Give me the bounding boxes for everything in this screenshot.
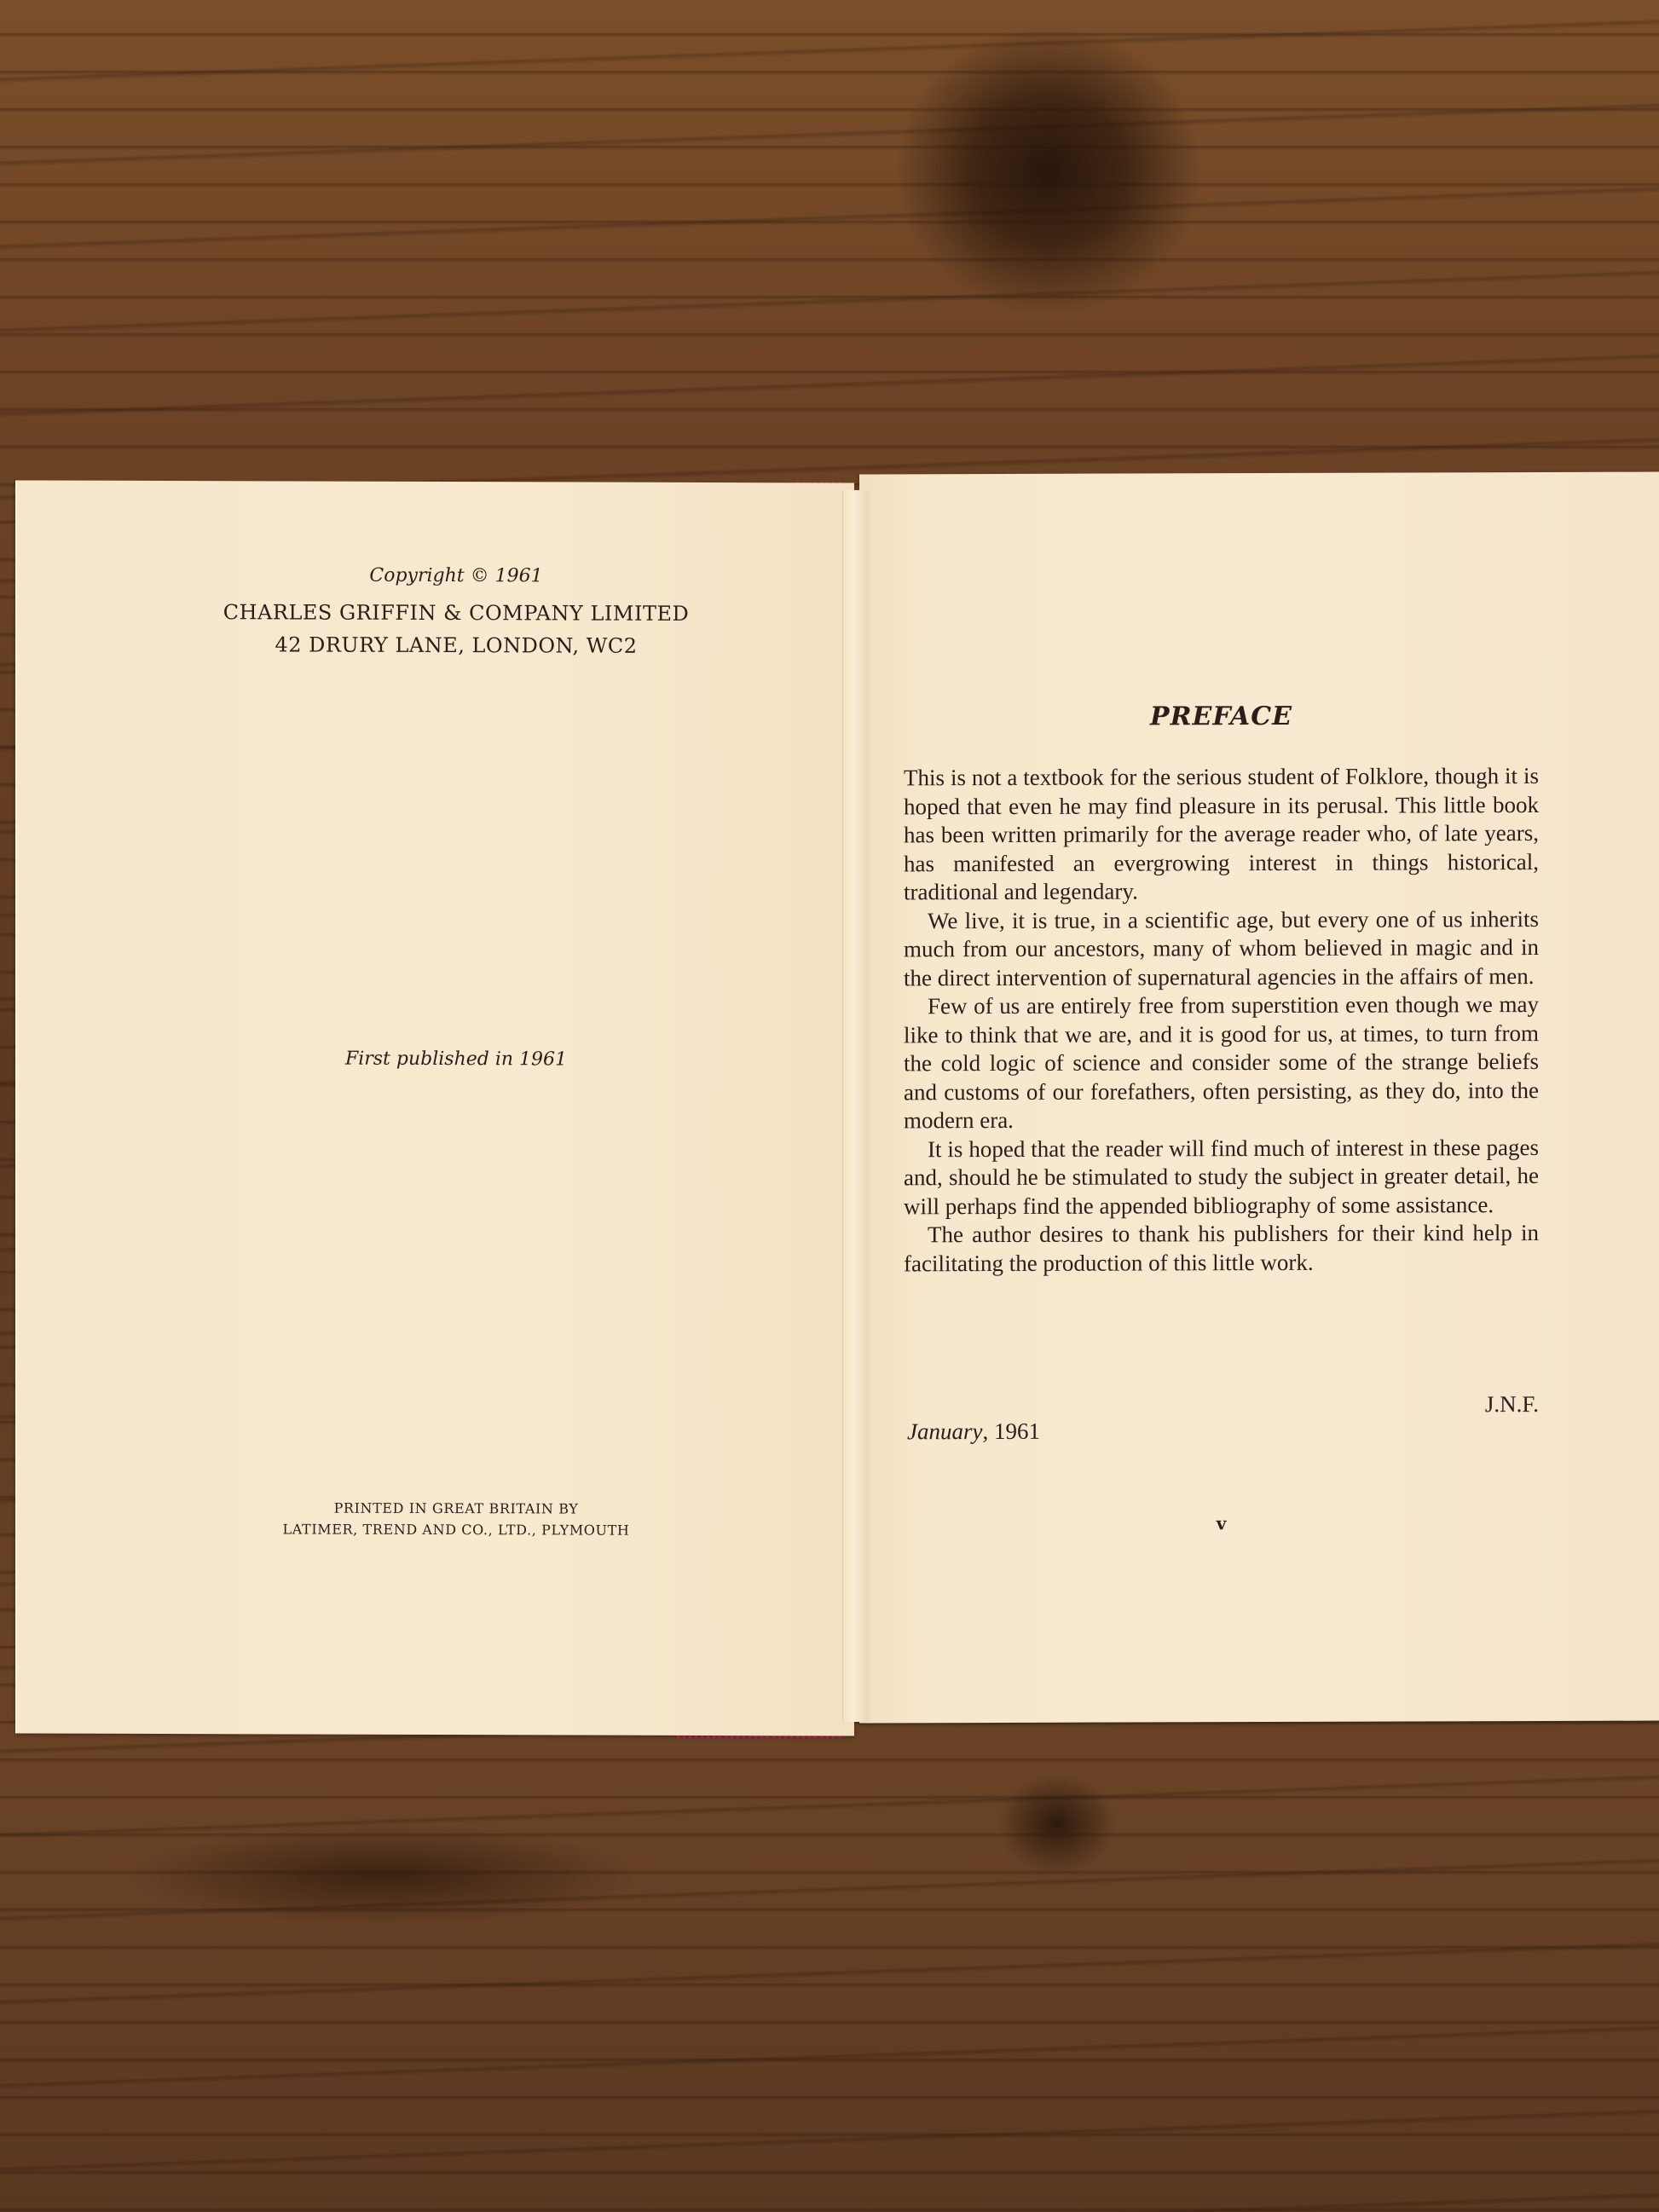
first-published-note: First published in 1961 — [13, 1047, 899, 1071]
printer-line-2: LATIMER, TREND AND CO., LTD., PLYMOUTH — [13, 1520, 899, 1539]
author-initials: J.N.F. — [904, 1391, 1539, 1419]
preface-date-month: January — [907, 1418, 982, 1444]
copyright-notice: Copyright © 1961 — [13, 563, 899, 587]
preface-paragraph: It is hoped that the reader will find mu… — [904, 1134, 1539, 1222]
page-number: v — [904, 1512, 1539, 1534]
left-page-imprint: Copyright © 1961 CHARLES GRIFFIN & COMPA… — [15, 480, 854, 1736]
preface-paragraph: The author desires to thank his publishe… — [904, 1219, 1539, 1278]
preface-body: This is not a textbook for the serious s… — [904, 762, 1539, 1278]
preface-date: January, 1961 — [907, 1418, 1040, 1445]
book-gutter — [842, 490, 869, 1722]
right-page-preface: PREFACE This is not a textbook for the s… — [859, 471, 1659, 1723]
preface-paragraph: This is not a textbook for the serious s… — [904, 762, 1539, 907]
printer-line-1: PRINTED IN GREAT BRITAIN BY — [13, 1499, 899, 1517]
publisher-name: CHARLES GRIFFIN & COMPANY LIMITED — [13, 599, 899, 626]
preface-date-year: , 1961 — [982, 1418, 1040, 1444]
publisher-address: 42 DRURY LANE, LONDON, WC2 — [13, 632, 899, 658]
preface-paragraph: Few of us are entirely free from superst… — [904, 990, 1539, 1135]
preface-paragraph: We live, it is true, in a scientific age… — [904, 905, 1539, 993]
preface-title: PREFACE — [904, 701, 1539, 732]
